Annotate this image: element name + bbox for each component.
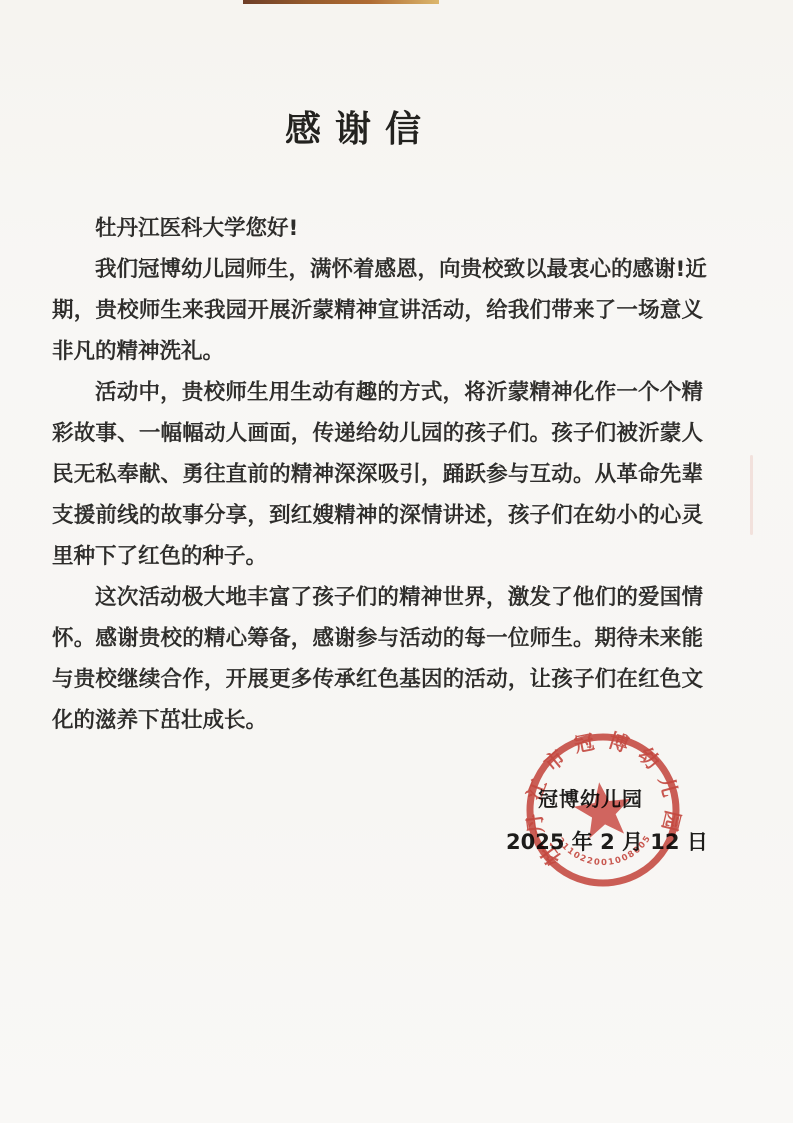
- seal-star: [571, 778, 635, 840]
- salutation: 牡丹江医科大学您好!: [52, 208, 703, 249]
- paragraph-line: 期，贵校师生来我园开展沂蒙精神宣讲活动，给我们带来了一场意义: [52, 290, 703, 331]
- paragraph-line: 支援前线的故事分享，到红嫂精神的深情讲述，孩子们在幼小的心灵: [52, 495, 703, 536]
- scan-edge-artifact: [243, 0, 439, 4]
- paragraph-line: 彩故事、一幅幅动人画面，传递给幼儿园的孩子们。孩子们被沂蒙人: [52, 413, 703, 454]
- seal-serial-number: 211022001008005: [554, 823, 657, 874]
- paragraph-line: 这次活动极大地丰富了孩子们的精神世界，激发了他们的爱国情: [52, 577, 703, 618]
- letter-title: 感谢信: [240, 108, 480, 152]
- paragraph-line: 非凡的精神洗礼。: [52, 331, 703, 372]
- paragraph-line: 怀。感谢贵校的精心筹备，感谢参与活动的每一位师生。期待未来能: [52, 618, 703, 659]
- letter-body: 牡丹江医科大学您好! 我们冠博幼儿园师生，满怀着感恩，向贵校致以最衷心的感谢!近…: [52, 208, 703, 741]
- scan-smudge: [750, 455, 753, 535]
- paragraph-line: 里种下了红色的种子。: [52, 536, 703, 577]
- paragraph-line: 我们冠博幼儿园师生，满怀着感恩，向贵校致以最衷心的感谢!近: [52, 249, 703, 290]
- paragraph-line: 民无私奉献、勇往直前的精神深深吸引，踊跃参与互动。从革命先辈: [52, 454, 703, 495]
- scanned-letter-page: 感谢信 牡丹江医科大学您好! 我们冠博幼儿园师生，满怀着感恩，向贵校致以最衷心的…: [0, 0, 793, 1123]
- svg-text:211022001008005: 211022001008005: [554, 823, 657, 874]
- paragraph-line: 活动中，贵校师生用生动有趣的方式，将沂蒙精神化作一个个精: [52, 372, 703, 413]
- official-seal: 牡丹江市冠博幼儿园 211022001008005: [513, 720, 694, 901]
- paragraph-line: 与贵校继续合作，开展更多传承红色基因的活动，让孩子们在红色文: [52, 659, 703, 700]
